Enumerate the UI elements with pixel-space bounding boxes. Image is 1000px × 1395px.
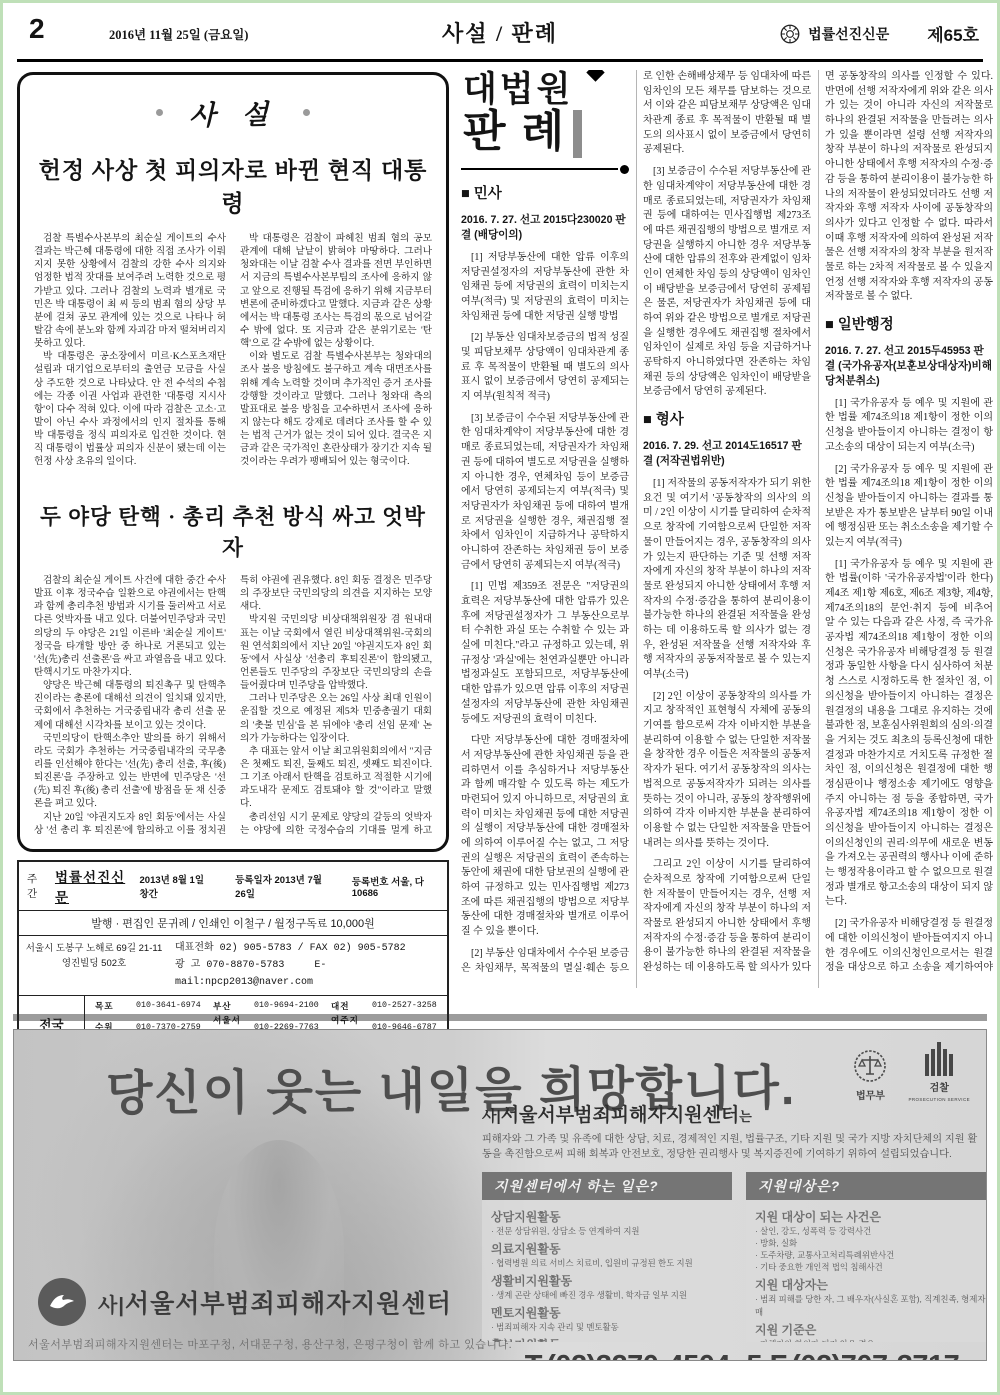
page-header: 2 2016년 11월 25일 (금요일) 사설 / 판례 법률선진신문 제65… — [17, 11, 983, 57]
victim-support-center-ad: 당신이 웃는 내일을 희망합니다. 법무부 검찰 PROSECUTION SER… — [13, 1029, 987, 1361]
activity-heading: 홍보지원활동 — [491, 1336, 723, 1341]
editorial-paragraph: 박 대통령은 공소장에서 미르·K스포츠재단 설립과 대기업으로부터의 출연금 … — [34, 350, 226, 468]
section-admin-heading: ■ 일반행정 — [825, 315, 993, 336]
bureau-entry: 대전010-2527-3258 — [325, 999, 443, 1013]
ad-logos: 법무부 검찰 PROSECUTION SERVICE — [852, 1042, 970, 1102]
ad-phone-email: 광 고 070-8870-5783 E-mail:npcp2013@naver.… — [175, 957, 441, 991]
criminal-paragraph: [1] 저작물의 공동저작자가 되기 위한 요건 및 여기서 '공동창작의 의사… — [643, 477, 811, 683]
masthead-row-registration: 주간 법률선진신문 2013년 8월 1일 창간 등록일자 2013년 7월 2… — [19, 862, 447, 911]
main-phone-fax: 대표전화 02) 905-5783 / FAX 02) 905-5782 — [175, 940, 441, 957]
office-address: 서울시 도봉구 노해로 69길 21-11 영진빌딩 502호 — [19, 936, 169, 995]
editorial-headline-2: 두 야당 탄핵 · 총리 추천 방식 싸고 엇박자 — [34, 500, 432, 562]
prosecution-bars-icon — [925, 1042, 953, 1076]
center-title: 사|서울서부범죄피해자지원센터는 — [482, 1100, 987, 1127]
bottom-margin — [3, 1361, 997, 1387]
logo-text-top: 대법원 — [463, 72, 629, 109]
masthead-paper-name: 법률선진신문 — [55, 866, 130, 906]
child-photo — [214, 1140, 344, 1361]
center-phone-numbers: T.(02)3270-4504~5 F.(02)707-3717 — [482, 1350, 987, 1361]
eligibility-item: · 기타 중요한 개인적 법익 침해사건 — [755, 1261, 987, 1273]
editorial-dot-left — [156, 109, 163, 116]
footer-center-name: 사|서울서부범죄피해자지원센터 — [98, 1284, 452, 1320]
editorial-dot-right — [303, 109, 310, 116]
newspaper-logo-icon — [780, 24, 800, 44]
admin-paragraph: [1] 국가유공자 등 예우 및 지원에 관한 법률(이하 '국가유공자법'이라… — [825, 558, 993, 911]
municipalities-line: 서울서부범죄피해자지원센터는 마포구청, 서대문구청, 용산구청, 은평구청이 … — [28, 1336, 512, 1352]
activity-heading: 멘토지원활동 — [491, 1304, 723, 1321]
section-criminal-heading: ■ 형사 — [643, 410, 811, 431]
activity-item: · 전문 상담위원, 상담소 등 연계하여 지원 — [491, 1225, 723, 1237]
editorial-box: 사 설 헌정 사상 첫 피의자로 바뀐 현직 대통령 검찰 특별수사본부의 최순… — [17, 72, 449, 852]
footer-name-text: 서울서부범죄피해자지원센터 — [125, 1290, 452, 1318]
editorial-title-row: 사 설 — [34, 93, 432, 132]
editorial-paragraph: 그러나 민주당은 오는 26일 사상 최대 인원이 운집할 것으로 예정된 제5… — [240, 692, 432, 745]
center-title-prefix: 사| — [482, 1108, 501, 1125]
activity-item: · 생계 곤란 상태에 빠진 경우 생활비, 학자금 일부 지원 — [491, 1289, 723, 1301]
registered-date: 등록일자 2013년 7월 26일 — [235, 872, 332, 900]
left-column: 사 설 헌정 사상 첫 피의자로 바뀐 현직 대통령 검찰 특별수사본부의 최순… — [17, 72, 449, 1111]
ad-info-panel: 사|서울서부범죄피해자지원센터는 피해자와 그 가족 및 유족에 대한 상담, … — [482, 1100, 987, 1361]
ad-footer-branding: 사|서울서부범죄피해자지원센터 — [38, 1278, 452, 1326]
center-description: 피해자와 그 가족 및 유족에 대한 상담, 치료, 경제적인 지원, 법률구조… — [482, 1132, 982, 1163]
civil-paragraph: [1] 저당부동산에 대한 압류 이후의 저당권설정자의 저당부동산에 관한 차… — [461, 251, 629, 324]
editorial-headline-1: 헌정 사상 첫 피의자로 바뀐 현직 대통령 — [34, 152, 432, 218]
registration-number: 등록번호 서울, 다10686 — [352, 874, 439, 899]
civil-paragraph: [3] 보증금이 수수된 저당부동산에 관한 임대차계약이 저당부동산에 대한 … — [461, 412, 629, 574]
founded-date: 2013년 8월 1일 창간 — [140, 872, 216, 900]
main-content: 사 설 헌정 사상 첫 피의자로 바뀐 현직 대통령 검찰 특별수사본부의 최순… — [3, 62, 997, 1004]
dove-icon — [38, 1278, 86, 1326]
civil-case-reference: 2016. 7. 27. 선고 2015다230020 판결 (배당이의) — [461, 213, 629, 243]
eligibility-heading: 지원 기준은 — [755, 1321, 987, 1338]
masthead-row-contact: 서울시 도봉구 노해로 69길 21-11 영진빌딩 502호 대표전화 02)… — [19, 936, 447, 996]
publisher-line: 발행 · 편집인 문귀례 / 인쇄인 이철구 / 월정구독료 10,000원 — [19, 911, 447, 936]
rule-dot-icon — [620, 165, 629, 174]
ad-phone: 광 고 070-8870-5783 — [175, 960, 284, 971]
civil-paragraph: 다만 저당부동산에 대한 경매절차에서 저당부동산에 관한 차임채권 등을 관리… — [461, 734, 629, 940]
civil-paragraph: [1] 민법 제359조 전문은 "저당권의 효력은 저당부동산에 대한 압류가… — [461, 580, 629, 727]
masthead-header: 법률선진신문 제65호 — [780, 21, 979, 46]
civil-paragraph: [2] 부동산 임대차보증금의 법적 성질 및 피담보채무 상당액이 임대차관계… — [461, 331, 629, 404]
activities-box-title: 지원센터에서 하는 일은? — [482, 1172, 732, 1200]
activities-box-body: 상담지원활동 · 전문 상담위원, 상담소 등 연계하여 지원 의료지원활동 ·… — [482, 1200, 732, 1342]
ad-list-boxes: 지원센터에서 하는 일은? 상담지원활동 · 전문 상담위원, 상담소 등 연계… — [482, 1172, 987, 1342]
editorial-label: 사 설 — [188, 92, 278, 133]
office-address-line1: 서울시 도봉구 노해로 69길 21-11 — [21, 941, 167, 956]
editorial-paragraph: 검찰 특별수사본부의 최순실 게이트의 수사 결과는 박근혜 대통령에 대한 직… — [34, 232, 226, 350]
criminal-paragraph: [2] 2인 이상이 공동창작의 의사를 가지고 창작적인 표현형식 자체에 공… — [643, 690, 811, 852]
editorial-paragraph: 검찰의 최순실 게이트 사건에 대한 중간 수사발표 이후 정국수습 일환으로 … — [34, 574, 226, 679]
editorial-paragraph: 추 대표는 앞서 이날 최고위원회의에서 "지금은 첫째도 퇴진, 둘째도 퇴진… — [240, 745, 432, 811]
editorial-article-2: 검찰의 최순실 게이트 사건에 대한 중간 수사발표 이후 정국수습 일환으로 … — [34, 574, 432, 842]
prosecution-service-logo: 검찰 PROSECUTION SERVICE — [908, 1042, 970, 1102]
center-title-name: 서울서부범죄피해자지원센터 — [501, 1105, 740, 1126]
criminal-case-reference: 2016. 7. 29. 선고 2014도16517 판결 (저작권법위반) — [643, 439, 811, 469]
center-title-suffix: 는 — [739, 1109, 752, 1124]
activity-item: · 협력병원 의료 서비스 치료비, 입원비 규정된 한도 지원 — [491, 1257, 723, 1269]
activities-box: 지원센터에서 하는 일은? 상담지원활동 · 전문 상담위원, 상담소 등 연계… — [482, 1172, 732, 1342]
contact-numbers: 대표전화 02) 905-5783 / FAX 02) 905-5782 광 고… — [169, 936, 447, 995]
scales-icon — [852, 1048, 888, 1084]
prosecution-label: 검찰 — [930, 1079, 949, 1094]
logo-text-bottom: 판례 — [463, 109, 629, 155]
precedents-columns: 대법원 판례 ■ 민사 2016. 7. 27. 선고 2015다230020 … — [461, 70, 993, 988]
editorial-paragraph: 국민의당이 탄핵소추안 발의를 하기 위해서라도 국회가 추천하는 거국중립내각… — [34, 732, 226, 811]
eligibility-item: · 살인, 강도, 성폭력 등 강력사건 — [755, 1225, 987, 1237]
logo-divider-rule — [461, 165, 629, 174]
editorial-paragraph: 박 대통령은 검찰이 파헤친 범죄 혐의 공모 관계에 대해 낱낱이 밝혀야 마… — [240, 232, 432, 350]
logo-url-strip — [573, 110, 582, 158]
eligibility-item: · 범죄 피해를 당한 자, 그 배우자(사실혼 포함), 직계친족, 형제자매 — [755, 1293, 987, 1317]
admin-case-reference: 2016. 7. 27. 선고 2015두45953 판결 (국가유공자(보훈보… — [825, 344, 993, 388]
eligibility-box-title: 지원대상은? — [746, 1172, 987, 1200]
newspaper-page: 2 2016년 11월 25일 (금요일) 사설 / 판례 법률선진신문 제65… — [0, 0, 1000, 1395]
editorial-paragraph: 박지원 국민의당 비상대책위원장 겸 원내대표는 이날 국회에서 열린 비상대책… — [240, 613, 432, 692]
footer-name-prefix: 사| — [98, 1295, 125, 1317]
ministry-of-justice-logo: 법무부 — [852, 1048, 888, 1102]
editorial-paragraph: 양당은 박근혜 대통령의 퇴진촉구 및 탄핵추진이라는 총론에 대해선 의견이 … — [34, 679, 226, 732]
supreme-court-precedents-logo: 대법원 판례 — [461, 70, 629, 155]
office-address-line2: 영진빌딩 502호 — [21, 956, 167, 971]
activity-heading: 의료지원활동 — [491, 1240, 723, 1257]
bureau-entry: 부산010-9694-2100 — [207, 999, 325, 1013]
editorial-paragraph: 이와 별도로 검찰 특별수사본부는 청와대의 조사 불응 방침에도 불구하고 계… — [240, 350, 432, 468]
eligibility-item: · 방화, 실화 — [755, 1237, 987, 1249]
activity-heading: 상담지원활동 — [491, 1208, 723, 1225]
eligibility-heading: 지원 대상자는 — [755, 1276, 987, 1293]
admin-paragraph: [2] 국가유공자 등 예우 및 지원에 관한 법률 제74조의18 제1항이 … — [825, 463, 993, 551]
issue-number: 제65호 — [927, 21, 979, 46]
admin-paragraph: [1] 국가유공자 등 예우 및 지원에 관한 법률 제74조의18 제1항이 … — [825, 397, 993, 456]
editorial-article-1: 검찰 특별수사본부의 최순실 게이트의 수사 결과는 박근혜 대통령에 대한 직… — [34, 232, 432, 484]
eligibility-box: 지원대상은? 지원 대상이 되는 사건은 · 살인, 강도, 성폭력 등 강력사… — [746, 1172, 987, 1342]
civil-paragraph: [3] 보증금이 수수된 저당부동산에 관한 임대차계약이 저당부동산에 대한 … — [643, 165, 811, 400]
weekly-label: 주간 — [27, 871, 45, 901]
eligibility-item: · 가해자와 합의가 되지 않은 경우 — [755, 1338, 987, 1342]
bureau-entry: 목포010-3641-6974 — [89, 999, 207, 1013]
activity-heading: 생활비지원활동 — [491, 1272, 723, 1289]
eligibility-item: · 도주차량, 교통사고처리특례위반사건 — [755, 1249, 987, 1261]
newspaper-name: 법률선진신문 — [808, 24, 889, 44]
activity-item: · 범죄피해자 지속 관리 및 멘토활동 — [491, 1321, 723, 1333]
eligibility-heading: 지원 대상이 되는 사건은 — [755, 1208, 987, 1225]
eligibility-box-body: 지원 대상이 되는 사건은 · 살인, 강도, 성폭력 등 강력사건 · 방화,… — [746, 1200, 987, 1342]
section-civil-heading: ■ 민사 — [461, 184, 629, 205]
